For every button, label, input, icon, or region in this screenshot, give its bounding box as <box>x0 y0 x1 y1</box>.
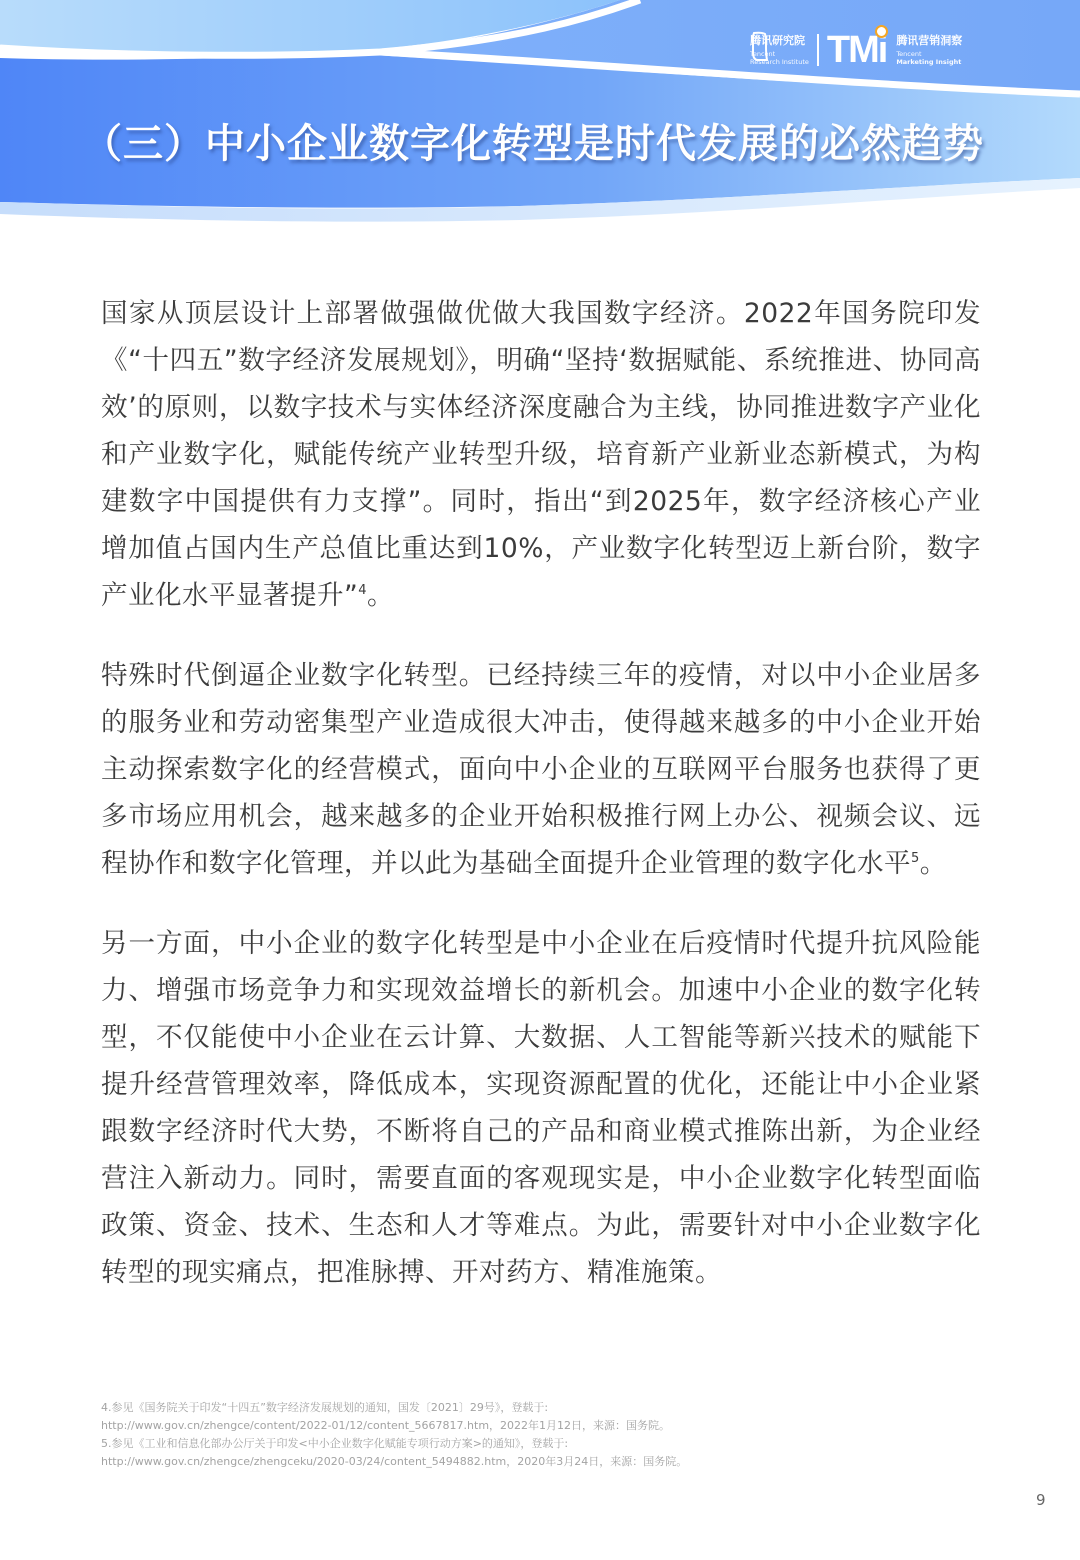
research-institute-en-1: Tencent <box>750 50 809 58</box>
logo-group: 腾讯研究院 Tencent Research Institute TMi 腾讯营… <box>750 30 962 70</box>
body-content: 国家从顶层设计上部署做强做优做大我国数字经济。2022年国务院印发《“十四五”数… <box>101 290 981 1329</box>
footnote-ref-5[interactable]: 5 <box>911 851 920 866</box>
paragraph-1-text: 国家从顶层设计上部署做强做优做大我国数字经济。2022年国务院印发《“十四五”数… <box>101 298 981 611</box>
research-institute-en-2: Research Institute <box>750 58 809 66</box>
marketing-insight-en-1: Tencent <box>896 50 962 58</box>
footnote-4-link[interactable]: http://www.gov.cn/zhengce/content/2022-0… <box>101 1417 981 1435</box>
paragraph-3: 另一方面，中小企业的数字化转型是中小企业在后疫情时代提升抗风险能力、增强市场竞争… <box>101 920 981 1296</box>
page-number: 9 <box>1036 1491 1046 1509</box>
marketing-insight-wordmark: 腾讯营销洞察 Tencent Marketing Insight <box>896 35 962 66</box>
paragraph-1-tail: 。 <box>367 580 394 611</box>
marketing-insight-cn: 腾讯营销洞察 <box>896 35 962 46</box>
footnote-5-citation: 5.参见《工业和信息化部办公厅关于印发<中小企业数字化赋能专项行动方案>的通知》… <box>101 1435 981 1453</box>
tmi-logo: TMi <box>827 31 886 69</box>
footnote-4-citation: 4.参见《国务院关于印发“十四五”数字经济发展规划的通知，国发〔2021〕29号… <box>101 1399 981 1417</box>
section-title: （三）中小企业数字化转型是时代发展的必然趋势 <box>82 112 984 169</box>
footnote-5-link[interactable]: http://www.gov.cn/zhengce/zhengceku/2020… <box>101 1453 981 1471</box>
paragraph-2-tail: 。 <box>920 848 947 879</box>
paragraph-3-text: 另一方面，中小企业的数字化转型是中小企业在后疫情时代提升抗风险能力、增强市场竞争… <box>101 928 981 1288</box>
footnote-ref-4[interactable]: 4 <box>358 583 367 598</box>
paragraph-1: 国家从顶层设计上部署做强做优做大我国数字经济。2022年国务院印发《“十四五”数… <box>101 290 981 619</box>
header-banner: （三）中小企业数字化转型是时代发展的必然趋势 腾讯研究院 Tencent Res… <box>0 0 1080 240</box>
paragraph-2: 特殊时代倒逼企业数字化转型。已经持续三年的疫情，对以中小企业居多的服务业和劳动密… <box>101 652 981 887</box>
tmi-dot-icon <box>875 25 888 38</box>
paragraph-2-text: 特殊时代倒逼企业数字化转型。已经持续三年的疫情，对以中小企业居多的服务业和劳动密… <box>101 660 981 879</box>
logo-divider <box>817 34 819 66</box>
footnotes: 4.参见《国务院关于印发“十四五”数字经济发展规划的通知，国发〔2021〕29号… <box>101 1399 981 1471</box>
marketing-insight-en-2: Marketing Insight <box>896 58 962 66</box>
